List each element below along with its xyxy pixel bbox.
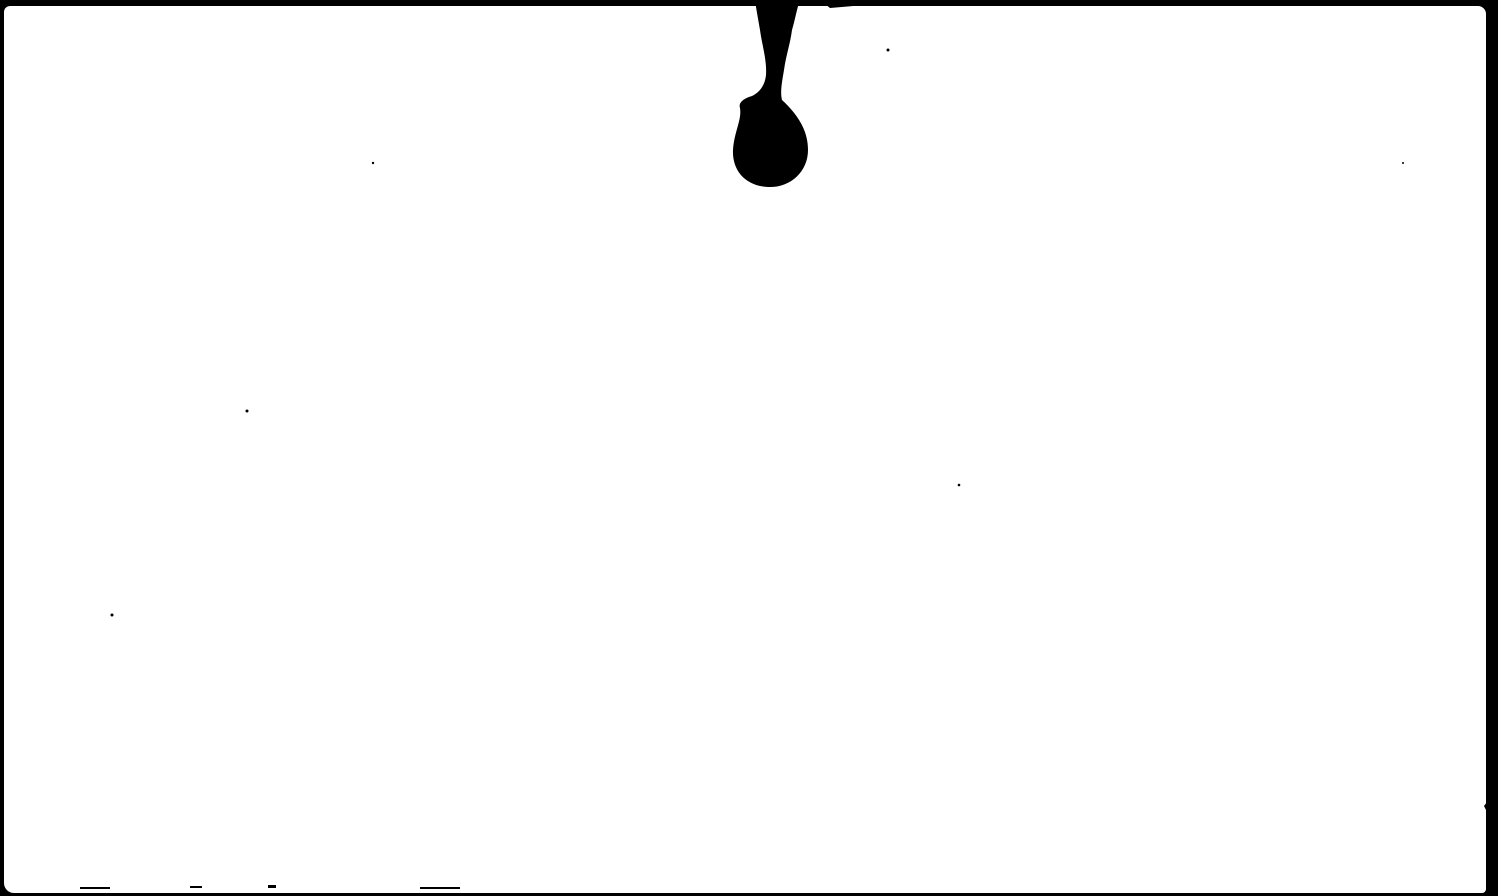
bottom-edge-marks — [80, 885, 460, 889]
top-edge-streak — [825, 2, 900, 8]
dark-drip-blob — [733, 0, 808, 187]
scene — [0, 0, 1498, 896]
overlay-shapes — [0, 0, 1498, 896]
